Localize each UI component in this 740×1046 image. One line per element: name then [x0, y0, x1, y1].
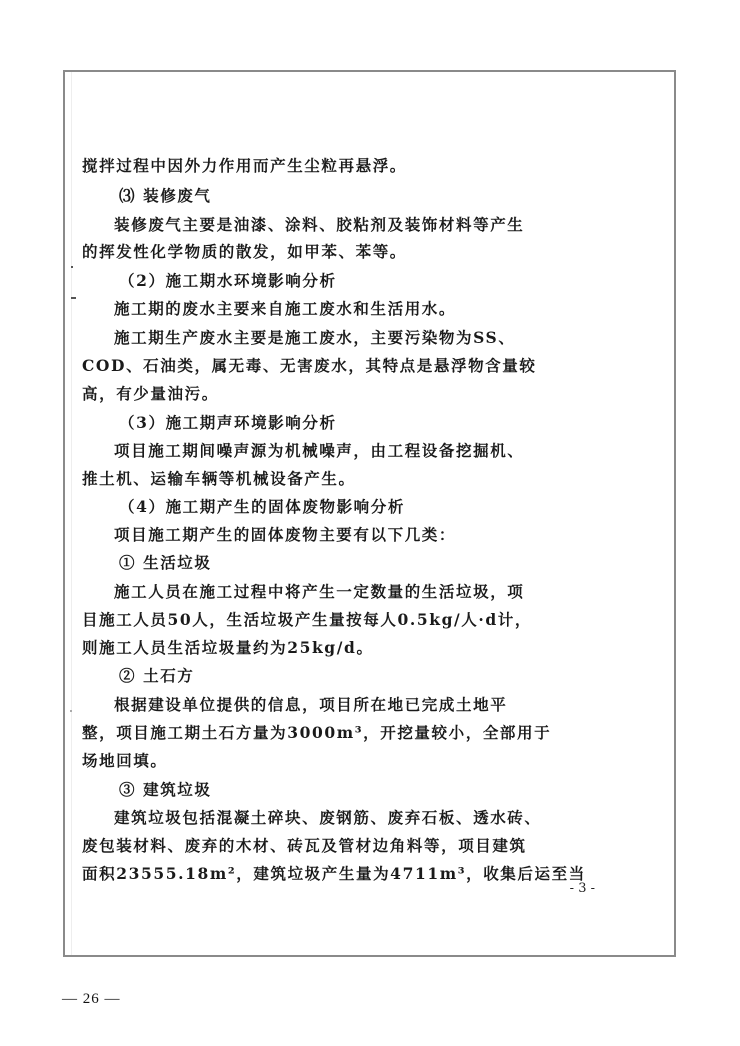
inner-page-number: - 3 -	[570, 881, 595, 896]
text-line: 根据建设单位提供的信息，项目所在地已完成土地平	[114, 695, 507, 715]
section-heading: （4）施工期产生的固体废物影响分析	[119, 497, 405, 517]
text-line: 高，有少量油污。	[82, 384, 219, 404]
text-line: 建筑垃圾包括混凝土碎块、废钢筋、废弃石板、透水砖、	[114, 808, 542, 828]
text-line: 面积23555.18m²，建筑垃圾产生量为4711m³，收集后运至当	[82, 864, 586, 884]
scan-speck	[71, 297, 76, 299]
text-line: 场地回填。	[82, 751, 168, 771]
text-line: 施工期生产废水主要是施工废水，主要污染物为SS、	[114, 328, 515, 348]
text-line: 项目施工期间噪声源为机械噪声，由工程设备挖掘机、	[114, 441, 524, 461]
text-line: 废包装材料、废弃的木材、砖瓦及管材边角料等，项目建筑	[82, 836, 527, 856]
text-line: 装修废气主要是油漆、涂料、胶粘剂及装饰材料等产生	[114, 215, 524, 235]
section-heading: （3）施工期声环境影响分析	[119, 413, 337, 433]
text-line: 搅拌过程中因外力作用而产生尘粒再悬浮。	[82, 156, 407, 176]
page-edge-shadow	[71, 72, 72, 955]
section-heading: ② 土石方	[119, 666, 194, 686]
scan-speck	[70, 710, 72, 712]
text-line: 的挥发性化学物质的散发，如甲苯、苯等。	[82, 242, 407, 262]
text-line: 推土机、运输车辆等机械设备产生。	[82, 469, 356, 489]
scan-speck	[71, 266, 73, 268]
text-line: 目施工人员50人，生活垃圾产生量按每人0.5kg/人·d计，	[82, 610, 532, 630]
section-heading: ⑶ 装修废气	[119, 186, 212, 206]
section-heading: ③ 建筑垃圾	[119, 780, 212, 800]
section-heading: ① 生活垃圾	[119, 553, 212, 573]
text-line: 项目施工期产生的固体废物主要有以下几类：	[114, 525, 456, 545]
text-line: 则施工人员生活垃圾量约为25kg/d。	[82, 638, 374, 658]
text-line: 施工期的废水主要来自施工废水和生活用水。	[114, 299, 456, 319]
text-line: 整，项目施工期土石方量为3000m³，开挖量较小，全部用于	[82, 723, 551, 743]
text-line: COD、石油类，属无毒、无害废水，其特点是悬浮物含量较	[82, 356, 536, 376]
outer-page-number: — 26 —	[62, 991, 121, 1008]
section-heading: （2）施工期水环境影响分析	[119, 271, 337, 291]
text-line: 施工人员在施工过程中将产生一定数量的生活垃圾，项	[114, 582, 524, 602]
